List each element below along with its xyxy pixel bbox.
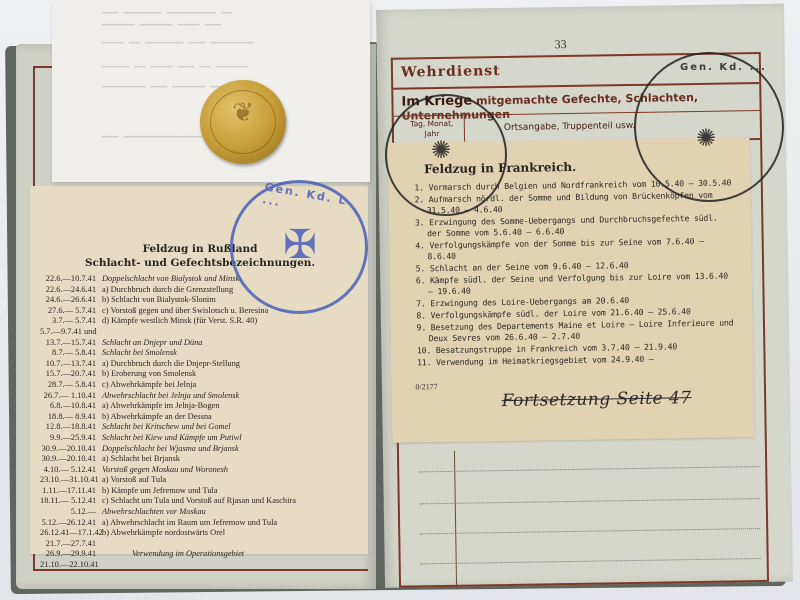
battle-row: 6.8.—10.8.41a) Abwehrkämpfe im Jelnja-Bo… — [40, 401, 360, 412]
battle-row: 26.7.— 1.10.41Abwehrschlacht bei Jelnja … — [40, 391, 360, 402]
battle-row: 21.10.—22.10.41 — [40, 560, 360, 571]
eagle-emblem-icon: ✺ — [696, 124, 716, 152]
battle-name — [102, 327, 360, 338]
battle-row: 1.11.—17.11.41b) Kämpfe um Jefremow und … — [40, 486, 360, 497]
battle-name: Abwehrschlacht bei Jelnja und Smolensk — [102, 391, 360, 402]
battle-name: b) Abwehrkämpfe nordostwärts Orel — [102, 528, 360, 539]
battle-row: 18.11.— 5.12.41c) Schlacht um Tula und V… — [40, 496, 360, 507]
battle-name: Vorstoß gegen Moskau und Woronesh — [102, 465, 360, 476]
black-round-stamp: Gen. Kd. ... ✺ — [634, 52, 784, 202]
ruled-entry-area — [399, 446, 767, 590]
photo-scene: 33 Wehrdienst Im Kriege mitgemachte Gefe… — [0, 0, 800, 600]
battle-name: b) Eroberung von Smolensk — [102, 369, 360, 380]
battle-name — [102, 539, 360, 550]
battle-date: 1.11.—17.11.41 — [40, 486, 102, 497]
battle-row: 5.12.—26.12.41a) Abwehrschlacht im Raum … — [40, 518, 360, 529]
battle-date: 21.10.—22.10.41 — [40, 560, 102, 571]
battle-row: 4.10.— 5.12.41Vorstoß gegen Moskau und W… — [40, 465, 360, 476]
battle-date: 5.12.—26.12.41 — [40, 518, 102, 529]
battle-row: 26.9.—29.9.41Verwendung im Operationsgeb… — [40, 549, 360, 560]
battle-date: 30.9.—20.10.41 — [40, 444, 102, 455]
battle-date: 10.7.—13.7.41 — [40, 359, 102, 370]
battle-date: 5.12.— — [40, 507, 102, 518]
battle-name: c) Schlacht um Tula und Vorstoß auf Rjas… — [102, 496, 360, 507]
battle-name: Doppelschlacht bei Wjasma und Brjansk — [102, 444, 360, 455]
battle-row: 5.7.—9.7.41 und — [40, 327, 360, 338]
battle-date: 8.7.— 5.8.41 — [40, 348, 102, 359]
battle-row: 26.12.41—17.1.42b) Abwehrkämpfe nordostw… — [40, 528, 360, 539]
battle-row: 30.9.—20.10.41a) Schlacht bei Brjansk — [40, 454, 360, 465]
battle-name: Abwehrschlachten vor Moskau — [102, 507, 360, 518]
blue-eagle-stamp: Gen. Kd. L ... ✠ — [230, 180, 368, 314]
battle-row: 3.7.— 5.7.41d) Kämpfe westlich Minsk (fü… — [40, 316, 360, 327]
eagle-emblem-icon: ✠ — [265, 223, 335, 267]
black-round-stamp: ✺ — [385, 94, 507, 216]
battle-name: a) Abwehrschlacht im Raum um Jefremow un… — [102, 518, 360, 529]
faded-print: ▁▁▁ ▁▁▁▁▁▁▁ ▁▁▁▁▁▁▁▁▁ ▁▁ — [102, 4, 232, 14]
loose-white-paper: ▁▁▁ ▁▁▁▁▁▁▁ ▁▁▁▁▁▁▁▁▁ ▁▁ ▁▁▁▁▁▁ ▁▁▁▁▁▁ ▁… — [52, 0, 370, 182]
faded-print: ▁▁▁▁▁ ▁▁ ▁▁▁▁ ▁▁▁ ▁▁ ▁▁▁▁▁▁ — [102, 58, 248, 68]
battle-date: 15.7.—20.7.41 — [40, 369, 102, 380]
dotted-line — [420, 528, 760, 534]
battle-row: 5.12.—Abwehrschlachten vor Moskau — [40, 507, 360, 518]
battle-date: 23.10.—31.10.41 — [40, 475, 102, 486]
battle-row: 28.7.— 5.8.41c) Abwehrkämpfe bei Jelnja — [40, 380, 360, 391]
battle-date: 24.6.—26.6.41 — [40, 295, 102, 306]
battle-date: 5.7.—9.7.41 und — [40, 327, 102, 338]
battle-date: 3.7.— 5.7.41 — [40, 316, 102, 327]
battle-date: 26.7.— 1.10.41 — [40, 391, 102, 402]
battle-row: 23.10.—31.10.41a) Vorstoß auf Tula — [40, 475, 360, 486]
battle-name: a) Durchbruch durch die Dnjepr-Stellung — [102, 359, 360, 370]
battle-date: 22.6.—10.7.41 — [40, 274, 102, 285]
russia-battle-list: 22.6.—10.7.41Doppelschlacht von Bialysto… — [40, 274, 360, 571]
battle-row: 9.9.—25.9.41Schlacht bei Kiew und Kämpfe… — [40, 433, 360, 444]
battle-row: 21.7.—27.7.41 — [40, 539, 360, 550]
battle-date: 9.9.—25.9.41 — [40, 433, 102, 444]
battle-name: a) Vorstoß auf Tula — [102, 475, 360, 486]
battle-date: 27.6.— 5.7.41 — [40, 306, 102, 317]
battle-name: b) Abwehrkämpfe an der Dessna — [102, 412, 360, 423]
coin: ❦ — [200, 80, 286, 164]
battle-row: 12.8.—18.8.41Schlacht bei Kritschew und … — [40, 422, 360, 433]
battle-name: d) Kämpfe westlich Minsk (für Verst. S.R… — [102, 316, 360, 327]
battle-row: 10.7.—13.7.41a) Durchbruch durch die Dnj… — [40, 359, 360, 370]
column-place-label: Ortsangabe, Truppenteil usw. — [504, 121, 636, 133]
battle-date: 13.7.—15.7.41 — [40, 338, 102, 349]
battle-date: 4.10.— 5.12.41 — [40, 465, 102, 476]
battle-name: a) Schlacht bei Brjansk — [102, 454, 360, 465]
battle-row: 18.8.— 8.9.41b) Abwehrkämpfe an der Dess… — [40, 412, 360, 423]
stamp-ring-text: Gen. Kd. ... — [680, 62, 767, 73]
battle-name: Schlacht an Dnjepr und Düna — [102, 338, 360, 349]
battle-name: Schlacht bei Kritschew und bei Gomel — [102, 422, 360, 433]
page-number: 33 — [554, 37, 566, 52]
battle-row: 30.9.—20.10.41Doppelschlacht bei Wjasma … — [40, 444, 360, 455]
battle-date: 22.6.—24.6.41 — [40, 285, 102, 296]
battle-date: 28.7.— 5.8.41 — [40, 380, 102, 391]
battle-date: 18.8.— 8.9.41 — [40, 412, 102, 423]
battle-name: a) Abwehrkämpfe im Jelnja-Bogen — [102, 401, 360, 412]
eagle-emblem-icon: ✺ — [431, 136, 451, 164]
battle-name: Schlacht bei Kiew und Kämpfe um Putiwl — [102, 433, 360, 444]
battle-date: 26.9.—29.9.41 — [40, 549, 102, 560]
battle-name: c) Abwehrkämpfe bei Jelnja — [102, 380, 360, 391]
battle-date: 30.9.—20.10.41 — [40, 454, 102, 465]
battle-name: Verwendung im Operationsgebiet — [102, 549, 360, 560]
dotted-line — [420, 498, 760, 504]
faded-print: ▁▁▁▁▁▁ ▁▁▁▁▁▁ ▁▁▁▁ ▁▁▁ — [102, 16, 221, 26]
battle-name: Schlacht bei Smolensk — [102, 348, 360, 359]
coin-emblem-icon: ❦ — [200, 98, 286, 128]
faded-print: ▁▁▁▁ ▁▁ ▁▁▁▁▁▁▁ ▁▁▁ ▁▁▁▁▁▁▁▁ — [102, 34, 254, 44]
battle-row: 15.7.—20.7.41b) Eroberung von Smolensk — [40, 369, 360, 380]
battle-date: 12.8.—18.8.41 — [40, 422, 102, 433]
dotted-line — [419, 466, 759, 472]
battle-row: 8.7.— 5.8.41Schlacht bei Smolensk — [40, 348, 360, 359]
dotted-line — [421, 558, 761, 564]
battle-date: 21.7.—27.7.41 — [40, 539, 102, 550]
battle-date: 18.11.— 5.12.41 — [40, 496, 102, 507]
battle-date: 6.8.—10.8.41 — [40, 401, 102, 412]
battle-name: b) Kämpfe um Jefremow und Tula — [102, 486, 360, 497]
battle-name — [102, 560, 360, 571]
battle-row: 13.7.—15.7.41Schlacht an Dnjepr und Düna — [40, 338, 360, 349]
handwritten-note: Fortsetzung Seite 47 — [502, 388, 692, 411]
battle-date: 26.12.41—17.1.42 — [40, 528, 102, 539]
